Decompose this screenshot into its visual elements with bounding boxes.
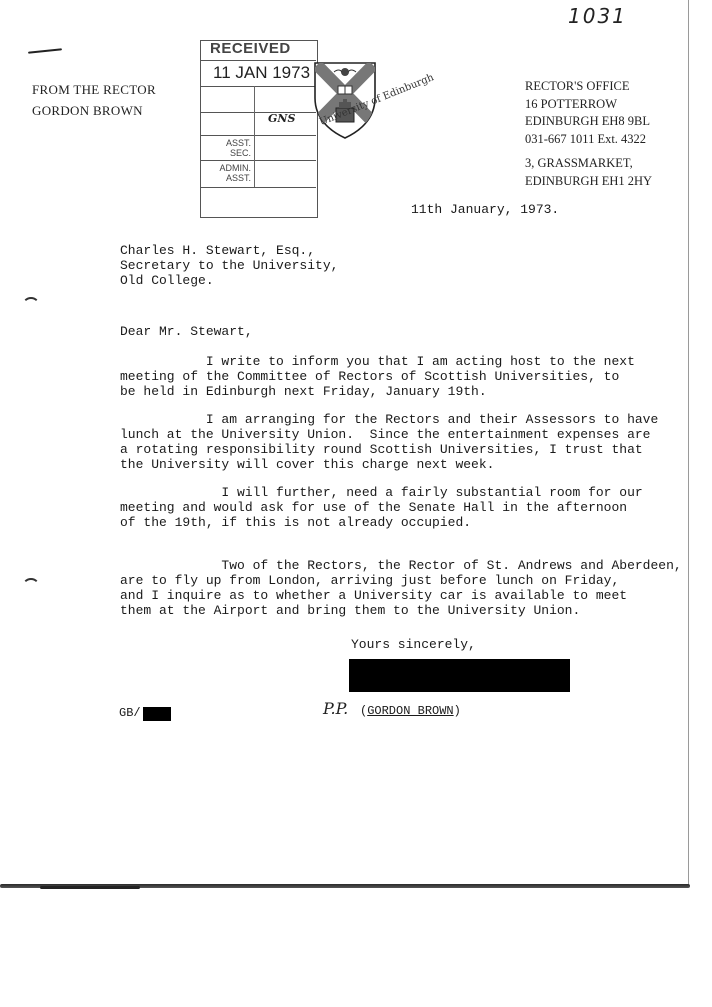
office-phone: 031-667 1011 Ext. 4322 [525, 131, 652, 149]
recipient-line: Charles H. Stewart, Esq., [120, 243, 338, 258]
page-right-edge [688, 0, 689, 886]
paragraph-4: Two of the Rectors, the Rector of St. An… [120, 558, 682, 618]
stamp-label-admin-asst: ADMIN. ASST. [207, 163, 251, 183]
punch-hole-bottom [22, 578, 40, 596]
punch-hole-top [22, 297, 40, 315]
office-address: RECTOR'S OFFICE 16 POTTERROW EDINBURGH E… [525, 78, 652, 190]
stamp-date: 11 JAN 1973 [213, 63, 310, 83]
paragraph-2: I am arranging for the Rectors and their… [120, 412, 658, 472]
stamp-divider [200, 60, 316, 61]
stamp-initials: GNS [268, 112, 295, 125]
letter-date: 11th January, 1973. [411, 202, 559, 217]
stamp-column-divider [254, 86, 255, 187]
from-block: FROM THE RECTOR GORDON BROWN [32, 79, 156, 121]
stamp-divider [200, 160, 316, 161]
stamp-divider [200, 135, 316, 136]
recipient-line: Old College. [120, 273, 338, 288]
paragraph-1: I write to inform you that I am acting h… [120, 354, 635, 399]
typed-name: (GORDON BROWN) [360, 704, 461, 718]
office-line: 16 POTTERROW [525, 96, 652, 114]
from-title: FROM THE RECTOR [32, 79, 156, 100]
stamp-title: RECEIVED [210, 40, 291, 57]
from-name: GORDON BROWN [32, 100, 156, 121]
pp-mark: P.P. [323, 699, 348, 718]
office-line: EDINBURGH EH8 9BL [525, 113, 652, 131]
typed-name-text: GORDON BROWN [367, 704, 453, 718]
stamp-divider [200, 86, 316, 87]
paragraph-3: I will further, need a fairly substantia… [120, 485, 643, 530]
stamp-divider [200, 187, 316, 188]
stamp-label-asst-sec: ASST. SEC. [207, 138, 251, 158]
page-bottom-shadow [40, 886, 140, 889]
recipient-address: Charles H. Stewart, Esq., Secretary to t… [120, 243, 338, 288]
file-number: 1031 [568, 4, 627, 28]
closing: Yours sincerely, [351, 637, 476, 652]
redacted-signature [349, 659, 570, 692]
stamp-divider [200, 112, 316, 113]
office-line: EDINBURGH EH1 2HY [525, 173, 652, 191]
office-line: 3, GRASSMARKET, [525, 155, 652, 173]
redacted-reference [143, 707, 171, 721]
office-line: RECTOR'S OFFICE [525, 78, 652, 96]
salutation: Dear Mr. Stewart, [120, 324, 253, 339]
recipient-line: Secretary to the University, [120, 258, 338, 273]
pen-mark [28, 48, 62, 54]
reference-prefix: GB/ [119, 706, 141, 720]
